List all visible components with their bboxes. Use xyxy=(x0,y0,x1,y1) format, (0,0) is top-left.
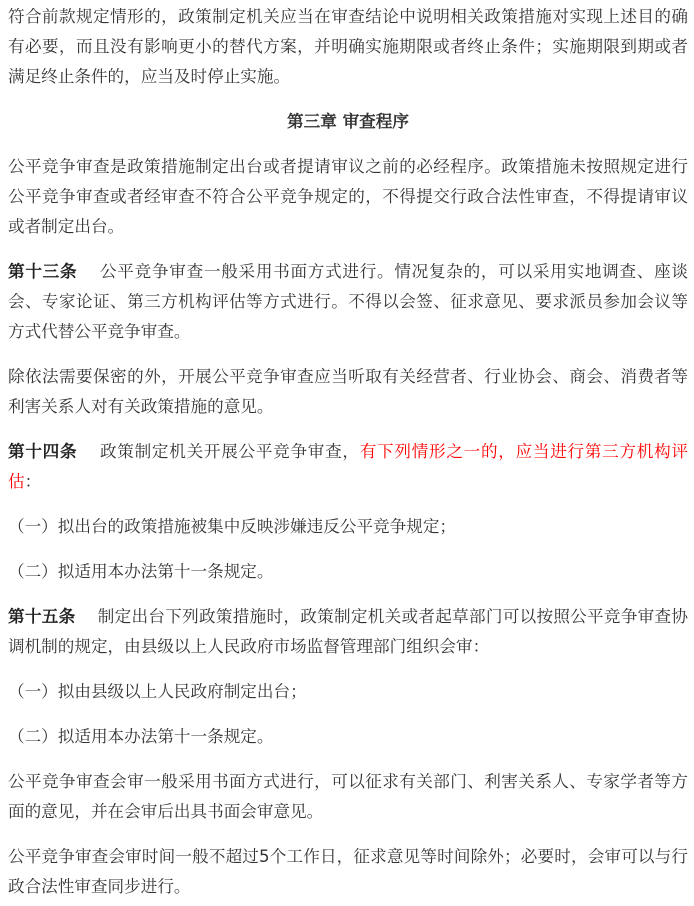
paragraph-joint-review-time: 公平竞争审查会审时间一般不超过5个工作日，征求意见等时间除外；必要时，会审可以与… xyxy=(8,842,688,902)
article-13: 第十三条公平竞争审查一般采用书面方式进行。情况复杂的，可以采用实地调查、座谈会、… xyxy=(8,257,688,347)
article-13-text: 公平竞争审查一般采用书面方式进行。情况复杂的，可以采用实地调查、座谈会、专家论证… xyxy=(8,262,688,341)
article-13-label: 第十三条 xyxy=(8,262,77,281)
article-15-item-1: （一）拟由县级以上人民政府制定出台； xyxy=(8,677,688,707)
article-14-item-1: （一）拟出台的政策措施被集中反映涉嫌违反公平竞争规定； xyxy=(8,512,688,542)
chapter-heading: 第三章 审查程序 xyxy=(8,107,688,137)
article-14-label: 第十四条 xyxy=(8,442,77,461)
article-14-suffix: ： xyxy=(25,472,42,491)
paragraph-mandatory-procedure: 公平竞争审查是政策措施制定出台或者提请审议之前的必经程序。政策措施未按照规定进行… xyxy=(8,152,688,242)
paragraph-joint-review-method: 公平竞争审查会审一般采用书面方式进行，可以征求有关部门、利害关系人、专家学者等方… xyxy=(8,767,688,827)
article-15-label: 第十五条 xyxy=(8,607,76,626)
article-14-item-2: （二）拟适用本办法第十一条规定。 xyxy=(8,557,688,587)
article-14: 第十四条政策制定机关开展公平竞争审查，有下列情形之一的，应当进行第三方机构评估： xyxy=(8,437,688,497)
document-body: 符合前款规定情形的，政策制定机关应当在审查结论中说明相关政策措施对实现上述目的确… xyxy=(0,0,694,902)
paragraph-exceptions-conditions: 符合前款规定情形的，政策制定机关应当在审查结论中说明相关政策措施对实现上述目的确… xyxy=(8,2,688,92)
article-15-text: 制定出台下列政策措施时，政策制定机关或者起草部门可以按照公平竞争审查协调机制的规… xyxy=(8,607,688,656)
article-14-text: 政策制定机关开展公平竞争审查， xyxy=(99,442,359,461)
article-15: 第十五条制定出台下列政策措施时，政策制定机关或者起草部门可以按照公平竞争审查协调… xyxy=(8,602,688,662)
paragraph-stakeholder-opinions: 除依法需要保密的外，开展公平竞争审查应当听取有关经营者、行业协会、商会、消费者等… xyxy=(8,362,688,422)
article-15-item-2: （二）拟适用本办法第十一条规定。 xyxy=(8,722,688,752)
